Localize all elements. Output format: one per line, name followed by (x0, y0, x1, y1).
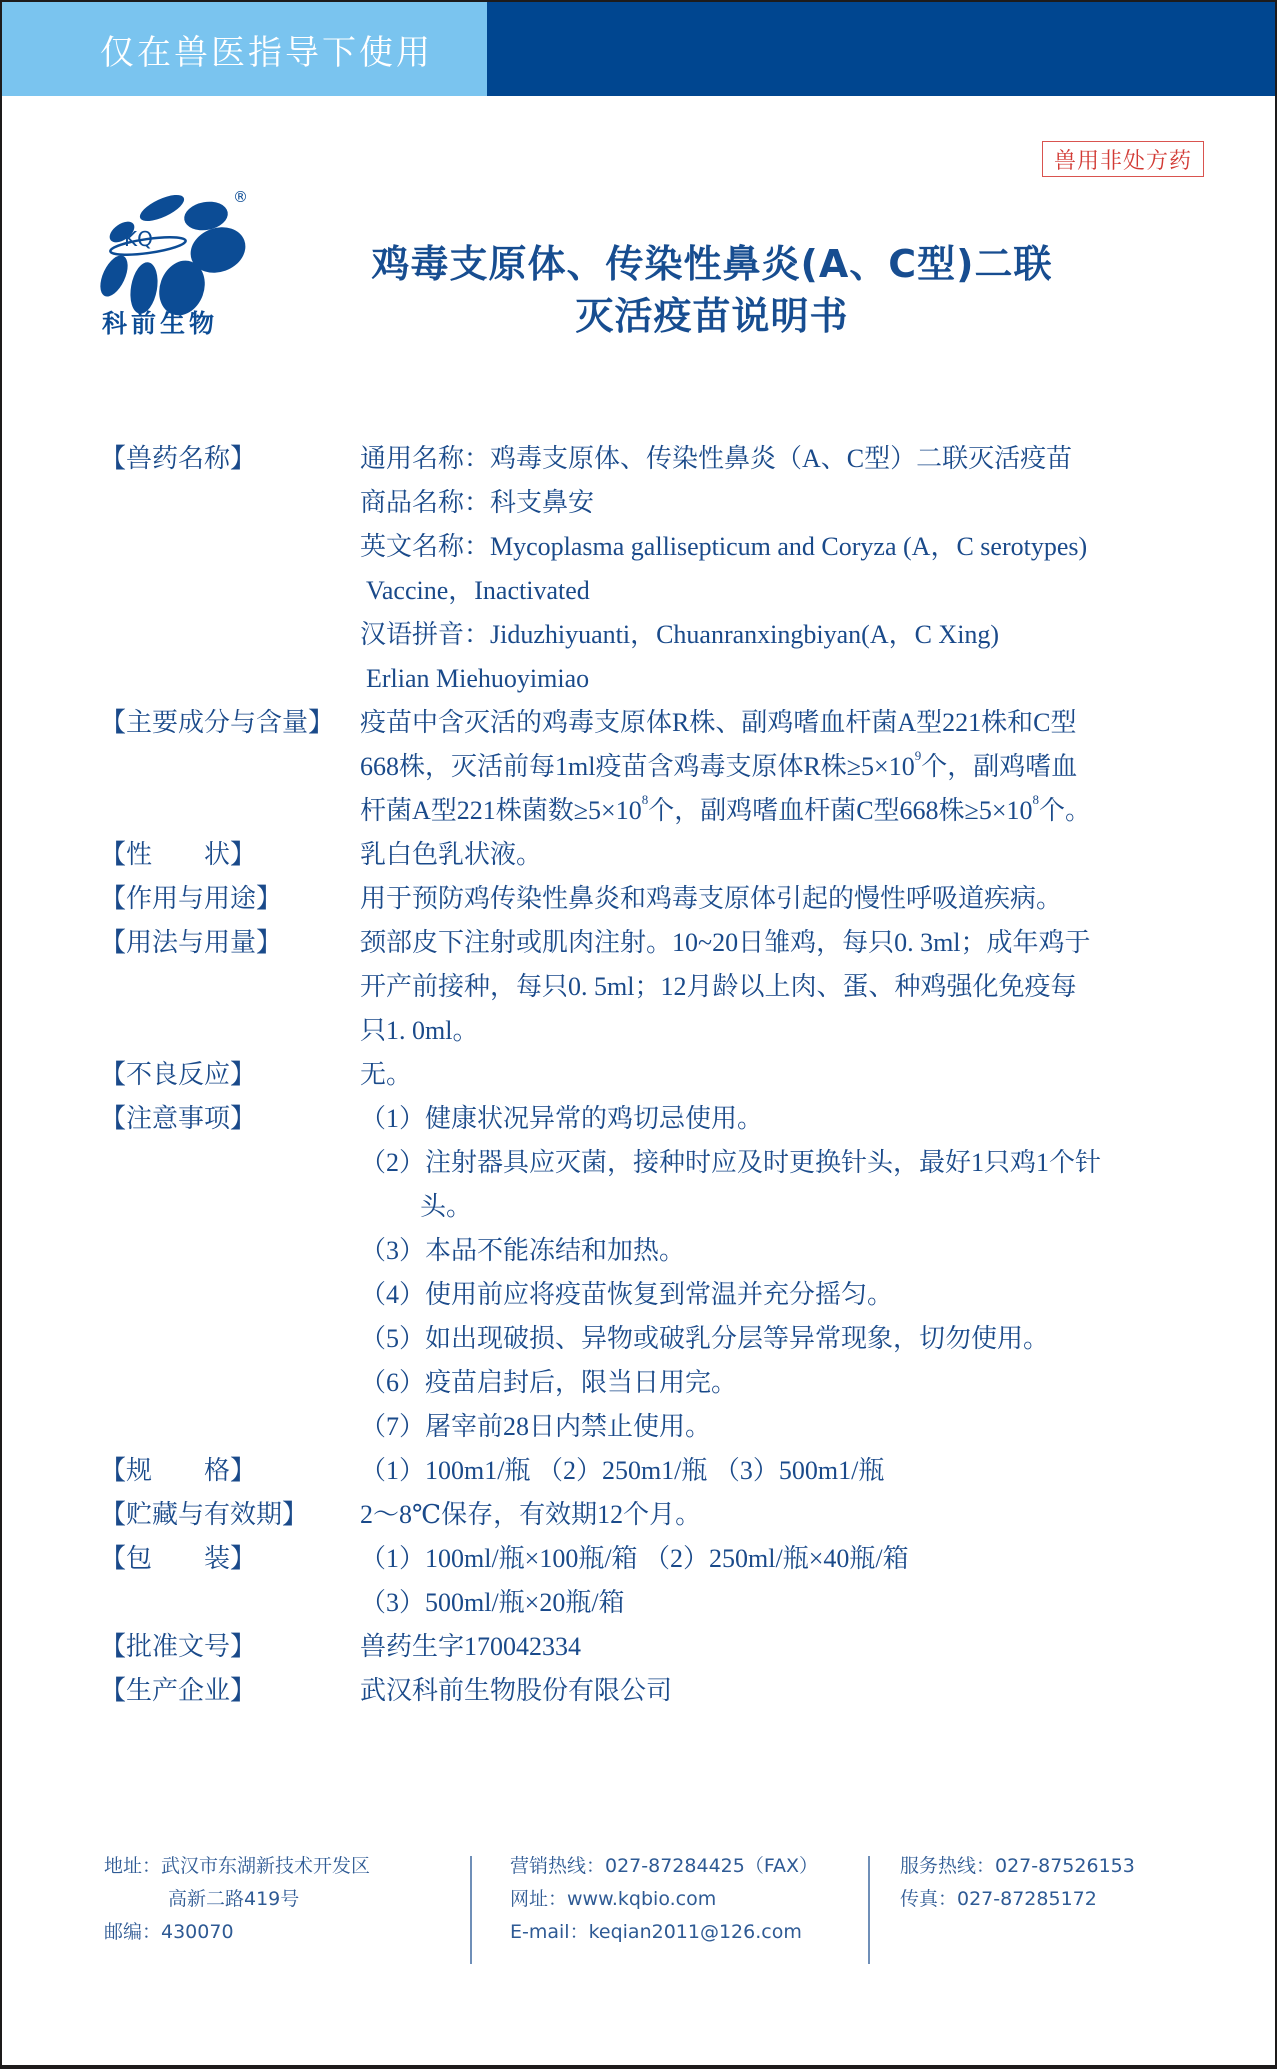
appearance-text: 乳白色乳状液。 (360, 833, 1210, 877)
section-label: 【贮藏与有效期】 (100, 1493, 360, 1537)
section-composition: 【主要成分与含量】 疫苗中含灭活的鸡毒支原体R株、副鸡嗜血杆菌A型221株和C型… (100, 701, 1210, 833)
precaution-item: （4）使用前应将疫苗恢复到常温并充分摇匀。 (360, 1273, 1210, 1317)
section-appearance: 【性 状】 乳白色乳状液。 (100, 833, 1210, 877)
email-link[interactable]: E-mail：keqian2011@126.com (510, 1916, 818, 1949)
dosage-line: 颈部皮下注射或肌肉注射。10~20日雏鸡，每只0. 3ml；成年鸡于 (360, 921, 1210, 965)
section-drug-name: 【兽药名称】 通用名称：鸡毒支原体、传染性鼻炎（A、C型）二联灭活疫苗 商品名称… (100, 437, 1210, 701)
section-specification: 【规 格】 （1）100m1/瓶 （2）250m1/瓶 （3）500m1/瓶 (100, 1449, 1210, 1493)
section-packaging: 【包 装】 （1）100ml/瓶×100瓶/箱 （2）250ml/瓶×40瓶/箱… (100, 1537, 1210, 1625)
section-label: 【用法与用量】 (100, 921, 360, 1053)
registered-mark: ® (233, 188, 248, 206)
composition-line: 疫苗中含灭活的鸡毒支原体R株、副鸡嗜血杆菌A型221株和C型 (360, 701, 1210, 745)
section-label: 【主要成分与含量】 (100, 701, 360, 833)
generic-name: 通用名称：鸡毒支原体、传染性鼻炎（A、C型）二联灭活疫苗 (360, 437, 1210, 481)
precaution-item: （1）健康状况异常的鸡切忌使用。 (360, 1097, 1210, 1141)
document-title: 鸡毒支原体、传染性鼻炎(A、C型)二联 灭活疫苗说明书 (302, 238, 1122, 342)
service-column: 服务热线：027-87526153 传真：027-87285172 (900, 1850, 1135, 1916)
precaution-item: （2）注射器具应灭菌，接种时应及时更换针头，最好1只鸡1个针 (360, 1141, 1210, 1185)
section-label: 【作用与用途】 (100, 877, 360, 921)
composition-line: 668株，灭活前每1ml疫苗含鸡毒支原体R株≥5×109个，副鸡嗜血 (360, 745, 1210, 789)
section-adverse-reactions: 【不良反应】 无。 (100, 1053, 1210, 1097)
sales-hotline: 营销热线：027-87284425（FAX） (510, 1850, 818, 1883)
sales-column: 营销热线：027-87284425（FAX） 网址：www.kqbio.com … (510, 1850, 818, 1949)
address-cont: 高新二路419号 (104, 1883, 370, 1916)
precaution-item: （3）本品不能冻结和加热。 (360, 1229, 1210, 1273)
spec-text: （1）100m1/瓶 （2）250m1/瓶 （3）500m1/瓶 (360, 1449, 1210, 1493)
section-label: 【包 装】 (100, 1537, 360, 1625)
precaution-item: （6）疫苗启封后，限当日用完。 (360, 1361, 1210, 1405)
section-label: 【批准文号】 (100, 1625, 360, 1669)
precaution-item: （5）如出现破损、异物或破乳分层等异常现象，切勿使用。 (360, 1317, 1210, 1361)
address-column: 地址：武汉市东湖新技术开发区 高新二路419号 邮编：430070 (104, 1850, 370, 1949)
trade-name: 商品名称：科支鼻安 (360, 481, 1210, 525)
section-label: 【不良反应】 (100, 1053, 360, 1097)
website-link[interactable]: 网址：www.kqbio.com (510, 1883, 818, 1916)
section-label: 【生产企业】 (100, 1669, 360, 1713)
contact-footer: 地址：武汉市东湖新技术开发区 高新二路419号 邮编：430070 营销热线：0… (104, 1850, 1214, 1960)
svg-text:KQ: KQ (124, 227, 153, 251)
pinyin-name: 汉语拼音：Jiduzhiyuanti，Chuanranxingbiyan(A，C… (360, 613, 1210, 657)
approval-number: 兽药生字170042334 (360, 1625, 1210, 1669)
section-label: 【兽药名称】 (100, 437, 360, 701)
english-name-cont: Vaccine，Inactivated (360, 569, 1210, 613)
address: 地址：武汉市东湖新技术开发区 (104, 1850, 370, 1883)
header-banner: 仅在兽医指导下使用 (2, 2, 1275, 96)
packaging-line: （1）100ml/瓶×100瓶/箱 （2）250ml/瓶×40瓶/箱 (360, 1537, 1210, 1581)
otc-badge: 兽用非处方药 (1042, 141, 1204, 177)
dosage-line: 只1. 0ml。 (360, 1009, 1210, 1053)
company-brand-name: 科前生物 (102, 304, 218, 340)
title-line-1: 鸡毒支原体、传染性鼻炎(A、C型)二联 (302, 238, 1122, 290)
section-label: 【注意事项】 (100, 1097, 360, 1449)
adverse-text: 无。 (360, 1053, 1210, 1097)
dosage-line: 开产前接种，每只0. 5ml；12月龄以上肉、蛋、种鸡强化免疫每 (360, 965, 1210, 1009)
section-dosage: 【用法与用量】 颈部皮下注射或肌肉注射。10~20日雏鸡，每只0. 3ml；成年… (100, 921, 1210, 1053)
section-precautions: 【注意事项】 （1）健康状况异常的鸡切忌使用。 （2）注射器具应灭菌，接种时应及… (100, 1097, 1210, 1449)
english-name: 英文名称：Mycoplasma gallisepticum and Coryza… (360, 525, 1210, 569)
banner-dark-block (487, 2, 1275, 96)
postal-code: 邮编：430070 (104, 1916, 370, 1949)
composition-line: 杆菌A型221株菌数≥5×108个，副鸡嗜血杆菌C型668株≥5×108个。 (360, 789, 1210, 833)
service-hotline: 服务热线：027-87526153 (900, 1850, 1135, 1883)
section-indications: 【作用与用途】 用于预防鸡传染性鼻炎和鸡毒支原体引起的慢性呼吸道疾病。 (100, 877, 1210, 921)
section-manufacturer: 【生产企业】 武汉科前生物股份有限公司 (100, 1669, 1210, 1713)
storage-text: 2～8℃保存，有效期12个月。 (360, 1493, 1210, 1537)
instruction-leaflet: 仅在兽医指导下使用 兽用非处方药 KQ ® 科前生物 鸡毒支原体、传染性鼻炎(A… (2, 2, 1275, 2065)
precaution-item: （7）屠宰前28日内禁止使用。 (360, 1405, 1210, 1449)
section-label: 【规 格】 (100, 1449, 360, 1493)
indications-text: 用于预防鸡传染性鼻炎和鸡毒支原体引起的慢性呼吸道疾病。 (360, 877, 1210, 921)
title-line-2: 灭活疫苗说明书 (302, 290, 1122, 342)
section-storage: 【贮藏与有效期】 2～8℃保存，有效期12个月。 (100, 1493, 1210, 1537)
fax-number: 传真：027-87285172 (900, 1883, 1135, 1916)
manufacturer-name: 武汉科前生物股份有限公司 (360, 1669, 1210, 1713)
vet-guidance-notice: 仅在兽医指导下使用 (2, 2, 487, 96)
footer-divider (470, 1856, 472, 1964)
section-label: 【性 状】 (100, 833, 360, 877)
packaging-line: （3）500ml/瓶×20瓶/箱 (360, 1581, 1210, 1625)
section-approval-number: 【批准文号】 兽药生字170042334 (100, 1625, 1210, 1669)
footer-divider (868, 1856, 870, 1964)
pinyin-name-cont: Erlian Miehuoyimiao (360, 657, 1210, 701)
leaflet-body: 【兽药名称】 通用名称：鸡毒支原体、传染性鼻炎（A、C型）二联灭活疫苗 商品名称… (100, 437, 1210, 1713)
precaution-item-cont: 头。 (360, 1185, 1210, 1229)
